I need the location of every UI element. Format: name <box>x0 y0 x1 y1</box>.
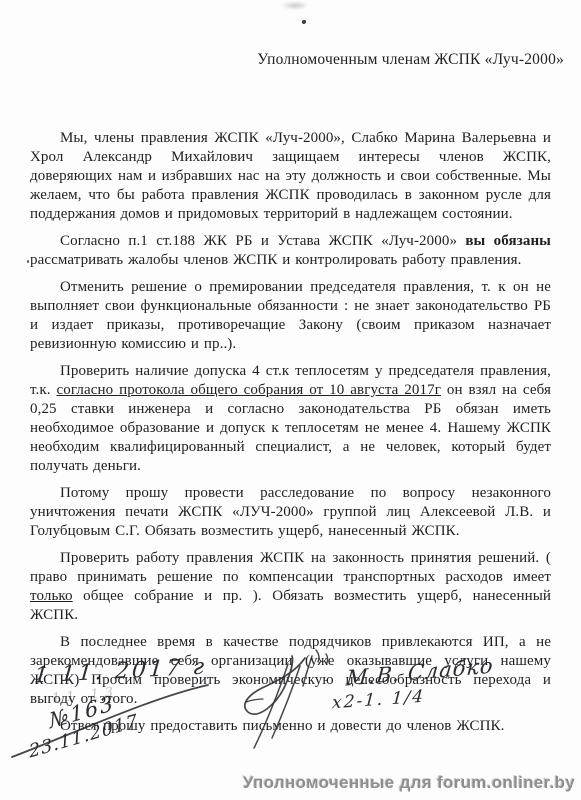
scanned-letter-page: Уполномоченным членам ЖСПК «Луч-2000» Мы… <box>0 0 581 800</box>
paragraph-premium-cancellation: Отменить решение о премировании председа… <box>30 278 551 354</box>
paragraph-legal-basis: Согласно п.1 ст.188 ЖК РБ и Устава ЖСПК … <box>30 232 551 270</box>
paragraph-text: рассматривать жалобы членов ЖСПК и контр… <box>30 252 522 268</box>
paragraph-text: Согласно п.1 ст.188 ЖК РБ и Устава ЖСПК … <box>60 233 465 249</box>
paragraph-text: Отменить решение о премировании председа… <box>30 279 551 352</box>
paragraph-text: Мы, члены правления ЖСПК «Луч-2000», Сла… <box>30 130 551 222</box>
underlined-only-text: только <box>30 588 73 604</box>
paragraph-text: Проверить работу правления ЖСПК на закон… <box>30 550 551 585</box>
scan-stray-dot <box>27 260 29 263</box>
paragraph-board-decisions: Проверить работу правления ЖСПК на закон… <box>30 549 551 625</box>
paragraph-text: Потому прошу провести расследование по в… <box>30 485 551 539</box>
paragraph-seal-destruction: Потому прошу провести расследование по в… <box>30 484 551 541</box>
scan-smudge <box>281 1 309 10</box>
watermark: Уполномоченные для forum.onliner.by <box>243 773 575 793</box>
scan-speck <box>302 20 306 24</box>
paragraph-intro: Мы, члены правления ЖСПК «Луч-2000», Сла… <box>30 129 551 224</box>
underlined-protocol-text: согласно протокола общего собрания от 10… <box>57 382 441 398</box>
paragraph-text: общее собрание и пр. ). Обязать возмести… <box>30 588 551 623</box>
recipient-line: Уполномоченным членам ЖСПК «Луч-2000» <box>0 51 564 69</box>
letter-body: Мы, члены правления ЖСПК «Луч-2000», Сла… <box>30 129 551 744</box>
paragraph-heating-access: Проверить наличие допуска 4 ст.к теплосе… <box>30 362 551 476</box>
bold-obligation-text: вы обязаны <box>465 233 551 249</box>
